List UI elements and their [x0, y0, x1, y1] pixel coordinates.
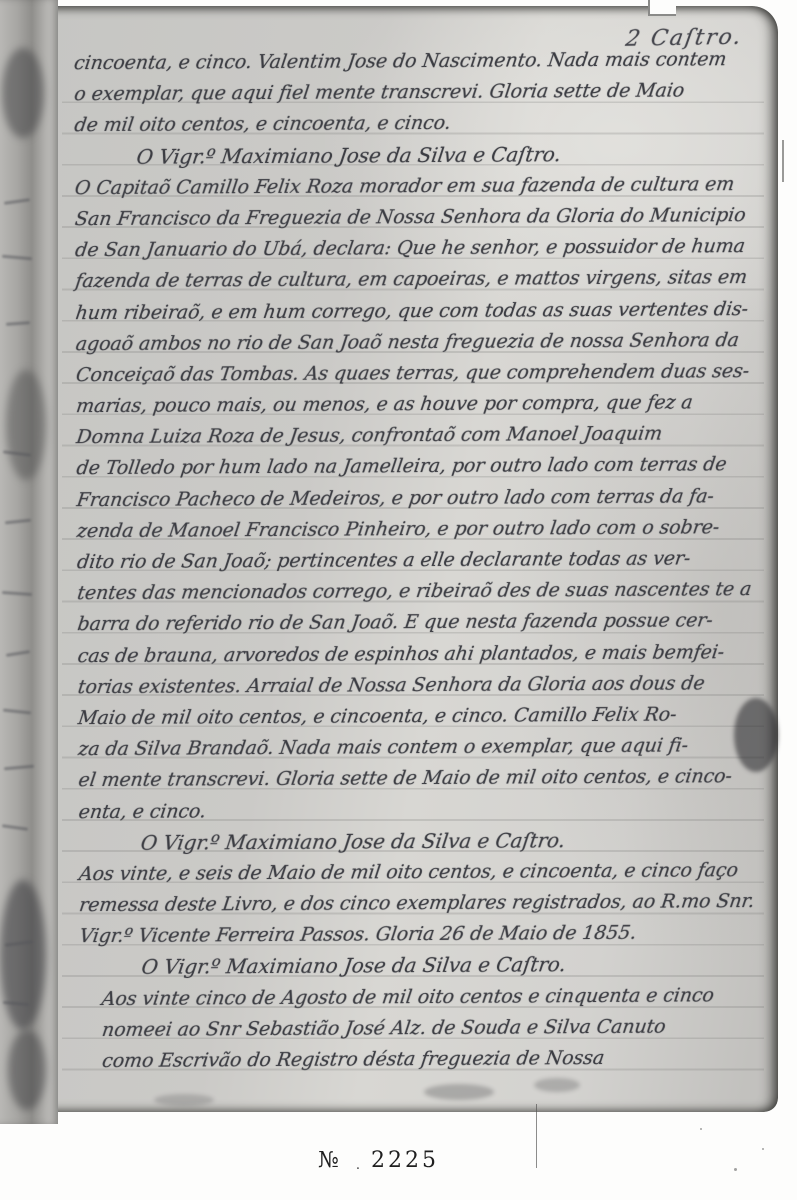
manuscript-text: cincoenta, e cinco. Valentim Jose do Nas…	[72, 44, 784, 1077]
manuscript-line: Domna Luiza Roza de Jesus, confrontaõ co…	[74, 418, 784, 454]
manuscript-line: de San Januario do Ubá, declara: Que he …	[73, 231, 783, 267]
book-gutter	[0, 0, 58, 1124]
manuscript-line: Aos vinte cinco de Agosto de mil oito ce…	[78, 979, 788, 1015]
manuscript-line: dito rio de San Joaõ; pertincentes a ell…	[75, 543, 785, 579]
bottom-edge-smudge	[154, 1094, 214, 1106]
registry-number: 2225	[371, 1148, 439, 1173]
gutter-ink-fragment	[4, 765, 34, 771]
gutter-stain	[2, 48, 44, 138]
manuscript-line: de Tolledo por hum lado na Jamelleira, p…	[75, 449, 785, 485]
bottom-edge-smudge	[424, 1084, 494, 1100]
manuscript-line: torias existentes. Arraial de Nossa Senh…	[76, 668, 786, 704]
ink-blot	[734, 698, 778, 772]
manuscript-line: O Vigr.º Maximiano Jose da Silva e Caſtr…	[73, 137, 783, 173]
manuscript-line: tentes das mencionados corrego, e ribeir…	[75, 574, 785, 610]
gutter-ink-fragment	[2, 591, 32, 596]
manuscript-line: Conceiçaõ das Tombas. As quaes terras, q…	[74, 356, 784, 392]
gutter-ink-fragment	[3, 709, 31, 715]
gutter-stain	[8, 1030, 46, 1110]
gutter-stain	[0, 880, 46, 1030]
manuscript-line: O Capitaõ Camillo Felix Roza morador em …	[73, 169, 783, 205]
manuscript-line: enta, e cinco.	[77, 792, 787, 828]
manuscript-line: agoaõ ambos no rio de San Joaõ nesta fre…	[74, 325, 784, 361]
manuscript-line: Vigr.º Vicente Ferreira Passos. Gloria 2…	[77, 917, 787, 953]
manuscript-page: 2 Caſtro. cincoenta, e cinco. Valentim J…	[34, 6, 778, 1112]
scanned-document: 2 Caſtro. cincoenta, e cinco. Valentim J…	[0, 0, 797, 1200]
manuscript-line: Francisco Pacheco de Medeiros, e por out…	[75, 480, 785, 516]
manuscript-line: hum ribeiraõ, e em hum corrego, que com …	[74, 293, 784, 329]
manuscript-line: cas de brauna, arvoredos de espinhos ahi…	[76, 636, 786, 672]
gutter-ink-fragment	[6, 650, 30, 657]
manuscript-line: como Escrivão do Registro désta freguezi…	[78, 1042, 788, 1078]
manuscript-line: o exemplar, que aqui fiel mente transcre…	[72, 75, 782, 111]
stamp-dot: .	[356, 1158, 361, 1173]
scan-speck	[762, 1148, 764, 1150]
fold-crease-line	[536, 1104, 537, 1168]
scan-speck	[734, 1168, 737, 1171]
gutter-ink-fragment	[5, 519, 31, 525]
manuscript-line: el mente transcrevi. Gloria sette de Mai…	[76, 761, 786, 797]
manuscript-line: zenda de Manoel Francisco Pinheiro, e po…	[75, 512, 785, 548]
gutter-ink-fragment	[4, 198, 30, 205]
manuscript-line: cincoenta, e cinco. Valentim Jose do Nas…	[72, 44, 782, 80]
manuscript-line: barra do referido rio de San Joaõ. E que…	[75, 605, 785, 641]
scan-notch	[782, 140, 797, 182]
gutter-ink-fragment	[2, 255, 32, 261]
scan-notch	[648, 0, 676, 16]
manuscript-line: Aos vinte, e seis de Maio de mil oito ce…	[77, 855, 787, 891]
manuscript-line: de mil oito centos, e cincoenta, e cinco…	[72, 106, 782, 142]
gutter-ink-fragment	[6, 321, 30, 326]
manuscript-line: Maio de mil oito centos, e cincoenta, e …	[76, 699, 786, 735]
manuscript-line: O Vigr.º Maximiano Jose da Silva e Caſtr…	[78, 948, 788, 984]
registry-number-stamp: №.2225	[318, 1148, 439, 1173]
manuscript-line: marias, pouco mais, ou menos, e as houve…	[74, 387, 784, 423]
manuscript-line: remessa deste Livro, e dos cinco exempla…	[77, 886, 787, 922]
manuscript-line: za da Silva Brandaõ. Nada mais contem o …	[76, 730, 786, 766]
gutter-stain	[6, 370, 46, 480]
bottom-edge-smudge	[534, 1078, 580, 1092]
gutter-ink-fragment	[2, 824, 28, 831]
scan-speck	[700, 1128, 702, 1130]
numero-sign: №	[318, 1148, 340, 1173]
manuscript-line: nomeei ao Snr Sebastião José Alz. de Sou…	[78, 1011, 788, 1047]
manuscript-line: O Vigr.º Maximiano Jose da Silva e Caſtr…	[77, 823, 787, 859]
manuscript-line: San Francisco da Freguezia de Nossa Senh…	[73, 200, 783, 236]
manuscript-line: fazenda de terras de cultura, em capoeir…	[73, 262, 783, 298]
